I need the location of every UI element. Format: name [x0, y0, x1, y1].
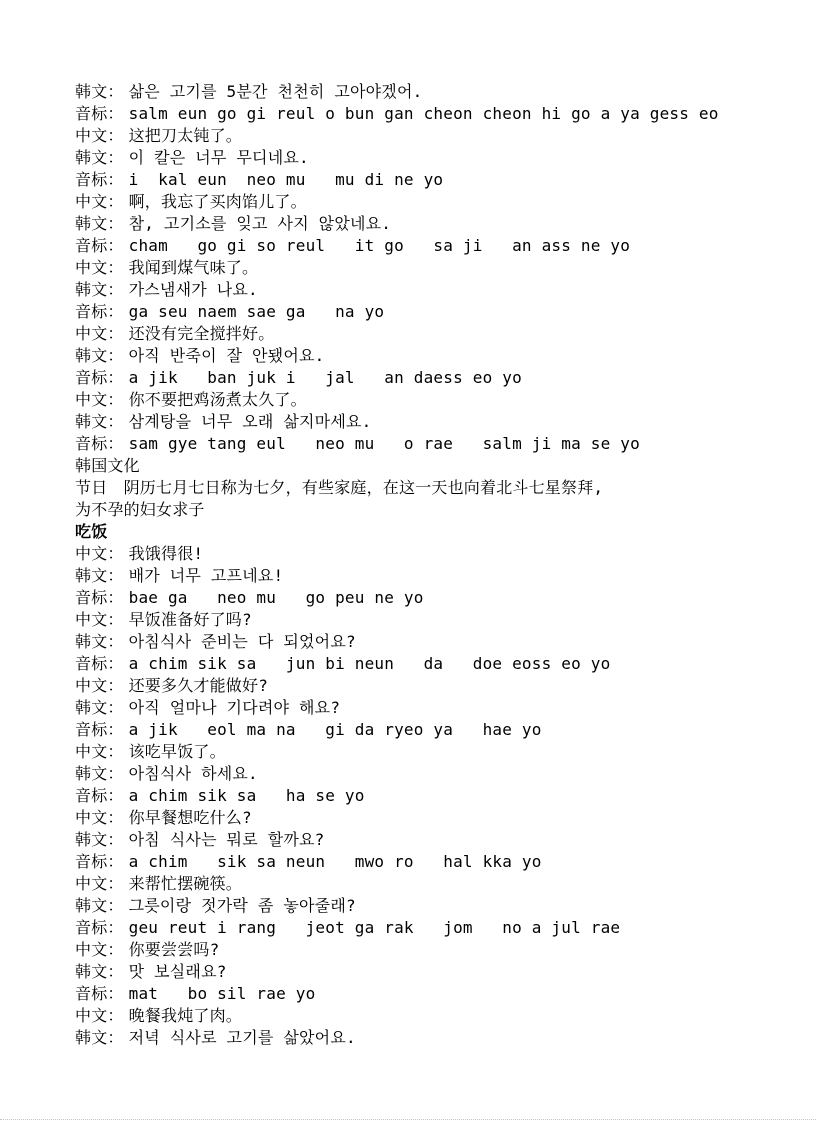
- phonetic-line: 音标：a chim sik sa ha se yo: [75, 785, 796, 807]
- korean-line: 韩文：참, 고기소를 잊고 사지 않았네요.: [75, 213, 796, 235]
- chinese-line: 中文：你要尝尝吗?: [75, 939, 796, 961]
- line-label: 韩文：: [75, 962, 124, 981]
- document-content: 韩文：삶은 고기를 5분간 천천히 고아야겠어.音标：salm eun go g…: [75, 81, 796, 1049]
- line-text: a chim sik sa ha se yo: [129, 786, 365, 805]
- phonetic-line: 音标：mat bo sil rae yo: [75, 983, 796, 1005]
- line-text: 저녁 식사로 고기를 삶았어요.: [129, 1028, 356, 1047]
- line-label: 中文：: [75, 192, 124, 211]
- phonetic-line: 音标：geu reut i rang jeot ga rak jom no a …: [75, 917, 796, 939]
- line-text: sam gye tang eul neo mu o rae salm ji ma…: [129, 434, 640, 453]
- chinese-line: 中文：你不要把鸡汤煮太久了。: [75, 389, 796, 411]
- line-text: 배가 너무 고프네요!: [129, 566, 284, 585]
- line-text: 이 칼은 너무 무디네요.: [129, 148, 309, 167]
- line-label: 音标：: [75, 302, 124, 321]
- phonetic-line: 音标：a chim sik sa neun mwo ro hal kka yo: [75, 851, 796, 873]
- line-text: bae ga neo mu go peu ne yo: [129, 588, 424, 607]
- korean-line: 韩文：삼계탕을 너무 오래 삶지마세요.: [75, 411, 796, 433]
- korean-line: 韩文：맛 보실래요?: [75, 961, 796, 983]
- korean-line: 韩文：배가 너무 고프네요!: [75, 565, 796, 587]
- line-label: 中文：: [75, 940, 124, 959]
- phonetic-line: 音标：cham go gi so reul it go sa ji an ass…: [75, 235, 796, 257]
- line-label: 音标：: [75, 786, 124, 805]
- line-label: 音标：: [75, 918, 124, 937]
- culture-note-line: 节日 阴历七月七日称为七夕，有些家庭，在这一天也向着北斗七星祭拜,: [75, 477, 796, 499]
- line-text: 你早餐想吃什么?: [129, 808, 252, 827]
- line-label: 韩文：: [75, 698, 124, 717]
- line-label: 韩文：: [75, 896, 124, 915]
- line-text: i kal eun neo mu mu di ne yo: [129, 170, 444, 189]
- korean-line: 韩文：가스냄새가 나요.: [75, 279, 796, 301]
- line-label: 韩文：: [75, 1028, 124, 1047]
- korean-line: 韩文：이 칼은 너무 무디네요.: [75, 147, 796, 169]
- phonetic-line: 音标：sam gye tang eul neo mu o rae salm ji…: [75, 433, 796, 455]
- line-text: 삼계탕을 너무 오래 삶지마세요.: [129, 412, 372, 431]
- line-text: salm eun go gi reul o bun gan cheon cheo…: [129, 104, 719, 123]
- phonetic-line: 音标：ga seu naem sae ga na yo: [75, 301, 796, 323]
- line-text: 这把刀太钝了。: [129, 126, 242, 145]
- line-label: 中文：: [75, 126, 124, 145]
- chinese-line: 中文：我闻到煤气味了。: [75, 257, 796, 279]
- line-text: 还要多久才能做好?: [129, 676, 268, 695]
- phonetic-line: 音标：bae ga neo mu go peu ne yo: [75, 587, 796, 609]
- line-text: 我饿得很!: [129, 544, 204, 563]
- line-label: 音标：: [75, 654, 124, 673]
- line-label: 音标：: [75, 170, 124, 189]
- line-label: 中文：: [75, 544, 124, 563]
- line-text: 早饭准备好了吗?: [129, 610, 252, 629]
- line-label: 中文：: [75, 390, 124, 409]
- line-text: ga seu naem sae ga na yo: [129, 302, 385, 321]
- line-label: 中文：: [75, 324, 124, 343]
- chinese-line: 中文：晚餐我炖了肉。: [75, 1005, 796, 1027]
- line-text: 你要尝尝吗?: [129, 940, 220, 959]
- chinese-line: 中文：这把刀太钝了。: [75, 125, 796, 147]
- line-text: 还没有完全搅拌好。: [129, 324, 275, 343]
- line-text: 삶은 고기를 5분간 천천히 고아야겠어.: [129, 82, 423, 101]
- korean-line: 韩文：아침식사 준비는 다 되었어요?: [75, 631, 796, 653]
- line-text: a chim sik sa neun mwo ro hal kka yo: [129, 852, 542, 871]
- phonetic-line: 音标：a jik eol ma na gi da ryeo ya hae yo: [75, 719, 796, 741]
- line-text: 그릇이랑 젓가락 좀 놓아줄래?: [129, 896, 356, 915]
- phonetic-line: 音标：salm eun go gi reul o bun gan cheon c…: [75, 103, 796, 125]
- line-label: 音标：: [75, 368, 124, 387]
- line-text: geu reut i rang jeot ga rak jom no a jul…: [129, 918, 621, 937]
- line-text: 아직 반죽이 잘 안됐어요.: [129, 346, 325, 365]
- line-label: 中文：: [75, 258, 124, 277]
- korean-line: 韩文：아침식사 하세요.: [75, 763, 796, 785]
- chinese-line: 中文：你早餐想吃什么?: [75, 807, 796, 829]
- line-text: 가스냄새가 나요.: [129, 280, 258, 299]
- culture-section-title: 韩国文化: [75, 455, 796, 477]
- chinese-line: 中文：我饿得很!: [75, 543, 796, 565]
- korean-line: 韩文：삶은 고기를 5분간 천천히 고아야겠어.: [75, 81, 796, 103]
- line-label: 中文：: [75, 676, 124, 695]
- line-label: 中文：: [75, 742, 124, 761]
- line-label: 中文：: [75, 610, 124, 629]
- line-text: 맛 보실래요?: [129, 962, 227, 981]
- line-text: 아침식사 준비는 다 되었어요?: [129, 632, 356, 651]
- line-text: 啊，我忘了买肉馅儿了。: [129, 192, 307, 211]
- phonetic-line: 音标：a jik ban juk i jal an daess eo yo: [75, 367, 796, 389]
- line-label: 韩文：: [75, 346, 124, 365]
- line-label: 韩文：: [75, 412, 124, 431]
- line-text: 该吃早饭了。: [129, 742, 226, 761]
- line-text: a jik ban juk i jal an daess eo yo: [129, 368, 522, 387]
- chinese-line: 中文：来帮忙摆碗筷。: [75, 873, 796, 895]
- line-label: 韩文：: [75, 148, 124, 167]
- line-label: 韩文：: [75, 566, 124, 585]
- korean-line: 韩文：저녁 식사로 고기를 삶았어요.: [75, 1027, 796, 1049]
- section-heading: 吃饭: [75, 521, 796, 543]
- culture-note-line: 为不孕的妇女求子: [75, 499, 796, 521]
- line-label: 韩文：: [75, 632, 124, 651]
- line-text: a jik eol ma na gi da ryeo ya hae yo: [129, 720, 542, 739]
- line-label: 音标：: [75, 434, 124, 453]
- line-text: a chim sik sa jun bi neun da doe eoss eo…: [129, 654, 611, 673]
- chinese-line: 中文：早饭准备好了吗?: [75, 609, 796, 631]
- line-label: 中文：: [75, 808, 124, 827]
- line-text: 你不要把鸡汤煮太久了。: [129, 390, 307, 409]
- korean-line: 韩文：아침 식사는 뭐로 할까요?: [75, 829, 796, 851]
- line-label: 韩文：: [75, 280, 124, 299]
- line-label: 韩文：: [75, 214, 124, 233]
- chinese-line: 中文：还没有完全搅拌好。: [75, 323, 796, 345]
- line-text: 来帮忙摆碗筷。: [129, 874, 242, 893]
- line-label: 韩文：: [75, 764, 124, 783]
- chinese-line: 中文：啊，我忘了买肉馅儿了。: [75, 191, 796, 213]
- line-text: cham go gi so reul it go sa ji an ass ne…: [129, 236, 630, 255]
- line-label: 音标：: [75, 104, 124, 123]
- line-label: 韩文：: [75, 830, 124, 849]
- korean-line: 韩文：그릇이랑 젓가락 좀 놓아줄래?: [75, 895, 796, 917]
- line-text: 我闻到煤气味了。: [129, 258, 259, 277]
- line-text: 晚餐我炖了肉。: [129, 1006, 242, 1025]
- line-label: 音标：: [75, 720, 124, 739]
- document-page: 韩文：삶은 고기를 5분간 천천히 고아야겠어.音标：salm eun go g…: [0, 0, 816, 1123]
- line-label: 音标：: [75, 236, 124, 255]
- korean-line: 韩文：아직 반죽이 잘 안됐어요.: [75, 345, 796, 367]
- line-label: 中文：: [75, 874, 124, 893]
- line-label: 韩文：: [75, 82, 124, 101]
- chinese-line: 中文：该吃早饭了。: [75, 741, 796, 763]
- line-text: 참, 고기소를 잊고 사지 않았네요.: [129, 214, 392, 233]
- line-text: 아침 식사는 뭐로 할까요?: [129, 830, 325, 849]
- line-text: mat bo sil rae yo: [129, 984, 316, 1003]
- line-label: 中文：: [75, 1006, 124, 1025]
- line-label: 音标：: [75, 984, 124, 1003]
- line-text: 아침식사 하세요.: [129, 764, 258, 783]
- line-label: 音标：: [75, 852, 124, 871]
- line-text: 아직 얼마나 기다려야 해요?: [129, 698, 341, 717]
- korean-line: 韩文：아직 얼마나 기다려야 해요?: [75, 697, 796, 719]
- phonetic-line: 音标：a chim sik sa jun bi neun da doe eoss…: [75, 653, 796, 675]
- line-label: 音标：: [75, 588, 124, 607]
- chinese-line: 中文：还要多久才能做好?: [75, 675, 796, 697]
- page-break-separator: [0, 1119, 816, 1120]
- phonetic-line: 音标：i kal eun neo mu mu di ne yo: [75, 169, 796, 191]
